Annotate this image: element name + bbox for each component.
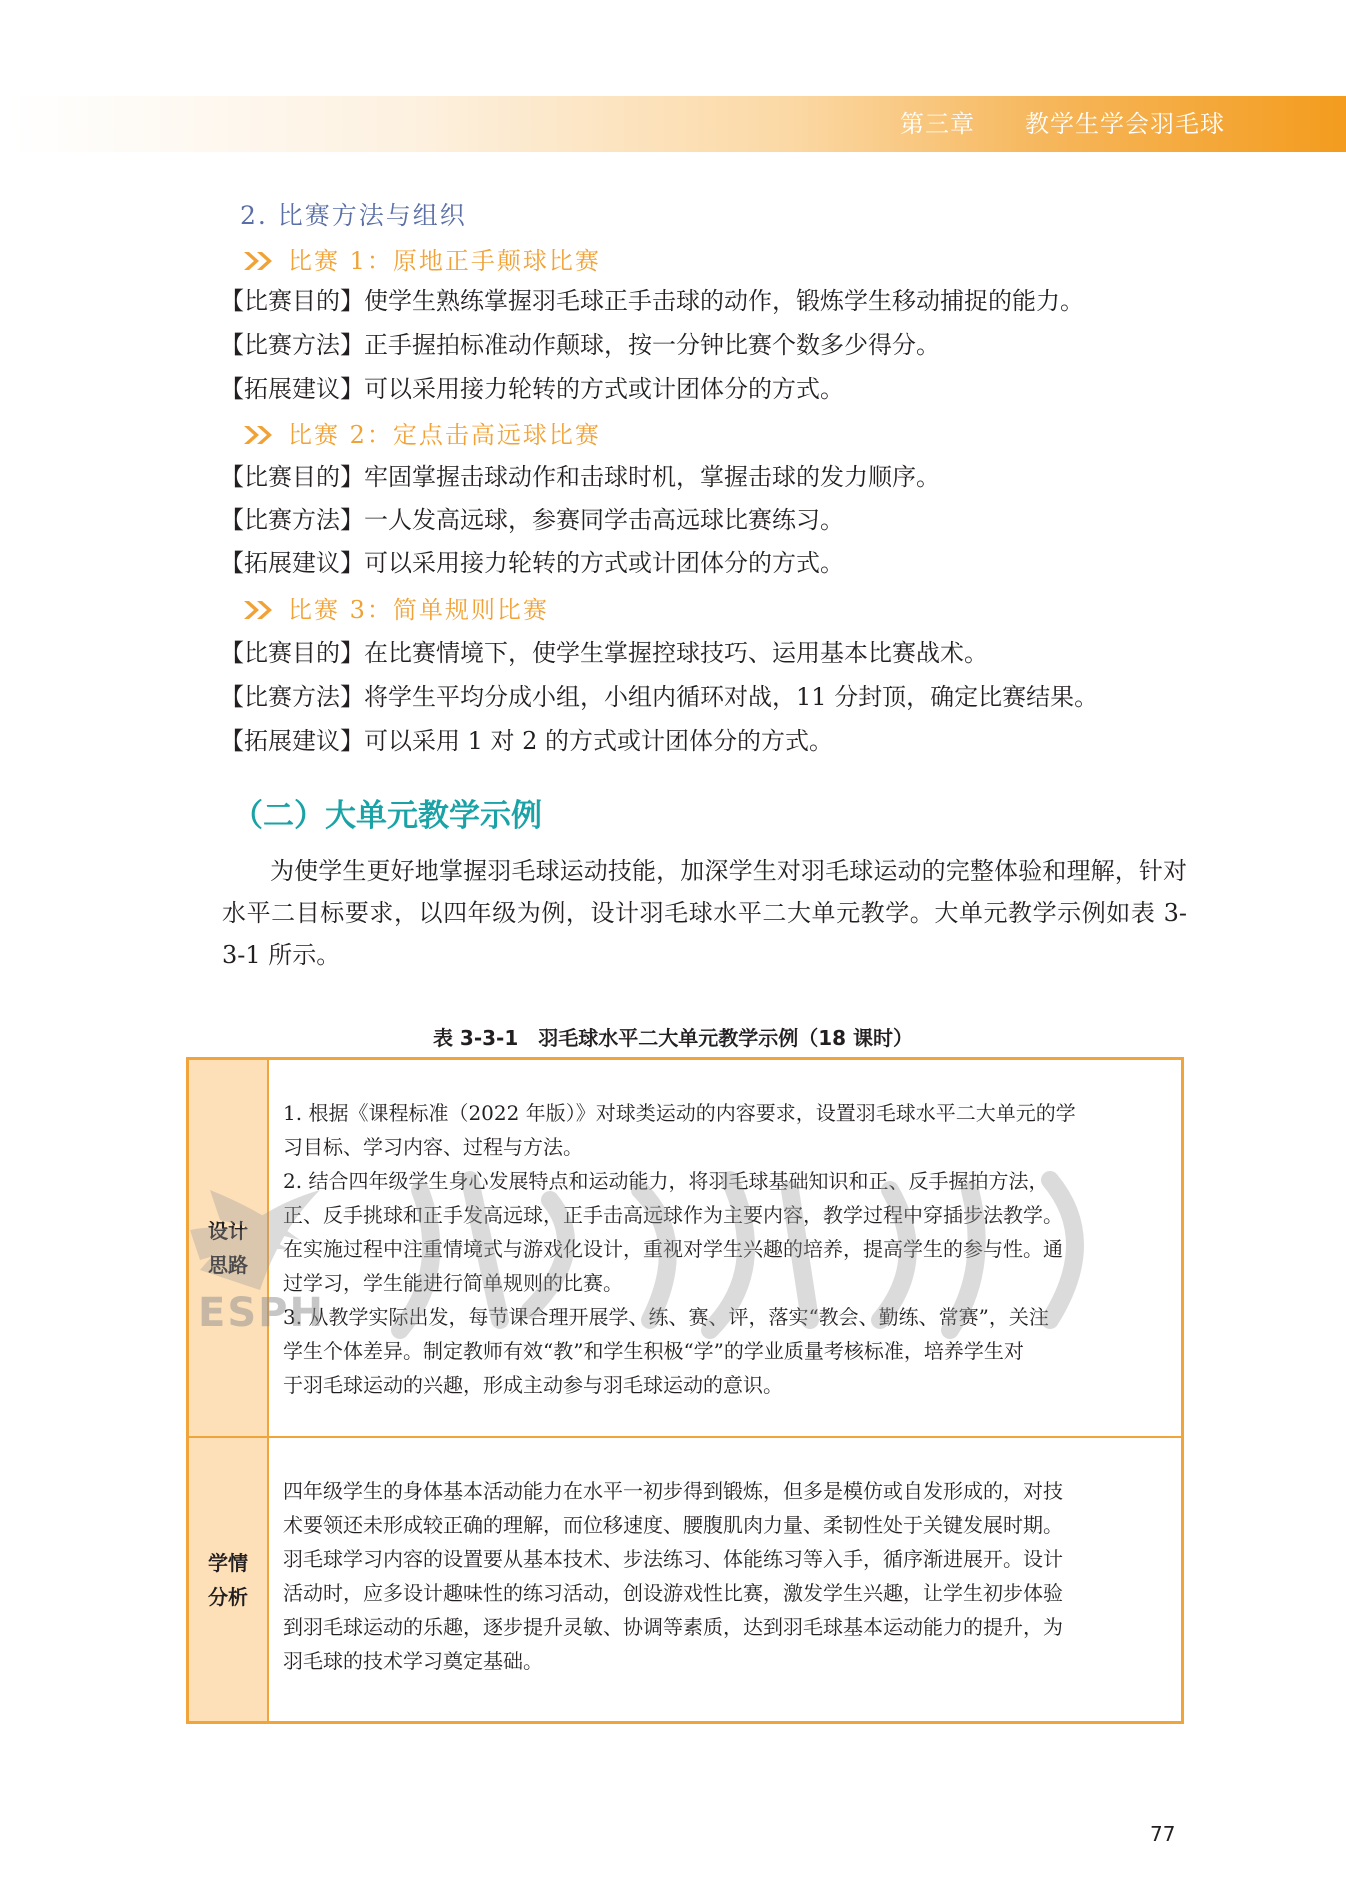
match-2-extension: 【拓展建议】可以采用接力轮转的方式或计团体分的方式。 [220,546,844,580]
row-header-design-idea: 设计思路 [189,1060,269,1436]
match-1-purpose: 【比赛目的】使学生熟练掌握羽毛球正手击球的动作，锻炼学生移动捕捉的能力。 [220,284,1084,318]
unit-teaching-table: 设计思路 1. 根据《课程标准（2022 年版）》对球类运动的内容要求，设置羽毛… [186,1057,1184,1724]
table-row-design-idea: 设计思路 1. 根据《课程标准（2022 年版）》对球类运动的内容要求，设置羽毛… [189,1060,1181,1436]
page-number: 77 [1150,1822,1175,1846]
watermark-text: ESPH [198,1290,325,1336]
match-1-title: 比赛 1：原地正手颠球比赛 [240,244,601,278]
row-header-student-analysis: 学情分析 [189,1438,269,1721]
row-body-student-analysis: 四年级学生的身体基本活动能力在水平一初步得到锻炼，但多是模仿或自发形成的，对技 … [269,1438,1181,1721]
match-3-extension: 【拓展建议】可以采用 1 对 2 的方式或计团体分的方式。 [220,724,833,758]
subsection-title: （二）大单元教学示例 [232,790,542,835]
match-2-title: 比赛 2：定点击高远球比赛 [240,418,601,452]
match-3-method: 【比赛方法】将学生平均分成小组，小组内循环对战，11 分封顶，确定比赛结果。 [220,680,1098,714]
double-chevron-icon [242,249,276,273]
match-2-method: 【比赛方法】一人发高远球，参赛同学击高远球比赛练习。 [220,503,844,537]
double-chevron-icon [242,423,276,447]
match-2-purpose: 【比赛目的】牢固掌握击球动作和击球时机，掌握击球的发力顺序。 [220,460,940,494]
section-title: 2. 比赛方法与组织 [240,196,467,232]
double-chevron-icon [242,598,276,622]
match-1-method: 【比赛方法】正手握拍标准动作颠球，按一分钟比赛个数多少得分。 [220,328,940,362]
row-body-design-idea: 1. 根据《课程标准（2022 年版）》对球类运动的内容要求，设置羽毛球水平二大… [269,1060,1181,1436]
match-3-title: 比赛 3：简单规则比赛 [240,593,549,627]
chapter-header-title: 第三章 教学生学会羽毛球 [900,104,1225,144]
match-1-extension: 【拓展建议】可以采用接力轮转的方式或计团体分的方式。 [220,372,844,406]
table-caption: 表 3-3-1 羽毛球水平二大单元教学示例（18 课时） [0,1022,1346,1051]
chapter-number: 第三章 [900,110,975,138]
chapter-title: 教学生学会羽毛球 [1025,110,1225,138]
match-3-purpose: 【比赛目的】在比赛情境下，使学生掌握控球技巧、运用基本比赛战术。 [220,636,988,670]
intro-paragraph: 为使学生更好地掌握羽毛球运动技能，加深学生对羽毛球运动的完整体验和理解，针对水平… [222,850,1187,976]
table-row-student-analysis: 学情分析 四年级学生的身体基本活动能力在水平一初步得到锻炼，但多是模仿或自发形成… [189,1436,1181,1721]
